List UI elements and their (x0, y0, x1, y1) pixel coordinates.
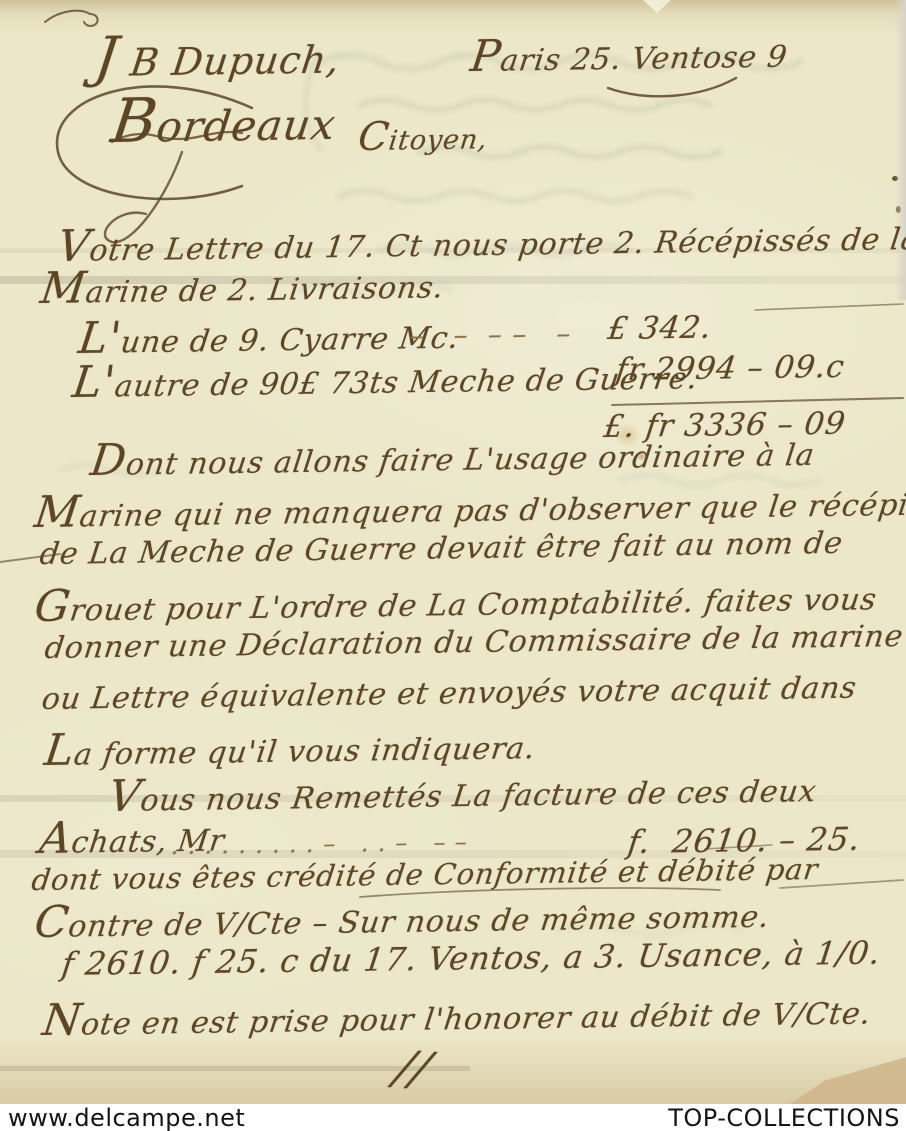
receipt-2-amount: fr 2994 – 09.c (614, 352, 846, 386)
line-note-1: f 2610. f 25. c du 17. Ventos, a 3. Usan… (60, 937, 883, 980)
paper-corner-fold (790, 1052, 906, 1104)
line-note-2: Note en est prise pour l'honorer au débi… (40, 988, 874, 1043)
line-usage-6: ou Lettre équivalente et envoyés votre a… (40, 674, 858, 715)
line-facture-1: Vous nous Remettés La facture de ces deu… (106, 766, 820, 819)
line-facture-2-dots: . . . . . . . . . – . . – – – (170, 830, 469, 858)
receipt-1-amount: £ 342. (606, 313, 714, 345)
ink-speck (896, 206, 901, 213)
ink-speck (892, 176, 898, 181)
receipt-1-label: L'une de 9. Cyarre Mc. (76, 313, 462, 362)
line-usage-5: donner une Déclaration du Commissaire de… (43, 622, 905, 664)
line-opening-2: Marine de 2. Livraisons. (38, 262, 447, 311)
watermark-bar: www.delcampe.net TOP-COLLECTIONS (0, 1104, 906, 1131)
receipt-2-label: L'autre de 90£ 73ts Meche de Guerre. (70, 353, 701, 405)
recipient-name: J B Dupuch, (92, 27, 344, 86)
receipt-1-dashes: – – – – – (408, 320, 573, 350)
line-usage-7: La forme qu'il vous indiquera. (42, 723, 538, 773)
end-mark: // (390, 1044, 437, 1092)
line-opening-1: Votre Lettre du 17. Ct nous porte 2. Réc… (55, 214, 906, 270)
watermark-right: TOP-COLLECTIONS (668, 1104, 900, 1131)
recipient-city: Bordeaux (108, 89, 340, 153)
line-facture-3: dont vous êtes crédité de Conformité et … (30, 855, 820, 895)
watermark-left: www.delcampe.net (8, 1104, 245, 1131)
dateline: Paris 25. Ventose 9 (468, 32, 790, 80)
paper-bottom-edge (0, 1036, 906, 1104)
salutation: Citoyen, (356, 116, 490, 157)
line-usage-3: de La Meche de Guerre devait être fait a… (38, 529, 845, 570)
line-usage-1: Dont nous allons faire L'usage ordinaire… (88, 430, 818, 484)
letter-scan: J B Dupuch, Paris 25. Ventose 9 Bordeaux… (0, 0, 906, 1131)
paper-notch (643, 0, 671, 13)
